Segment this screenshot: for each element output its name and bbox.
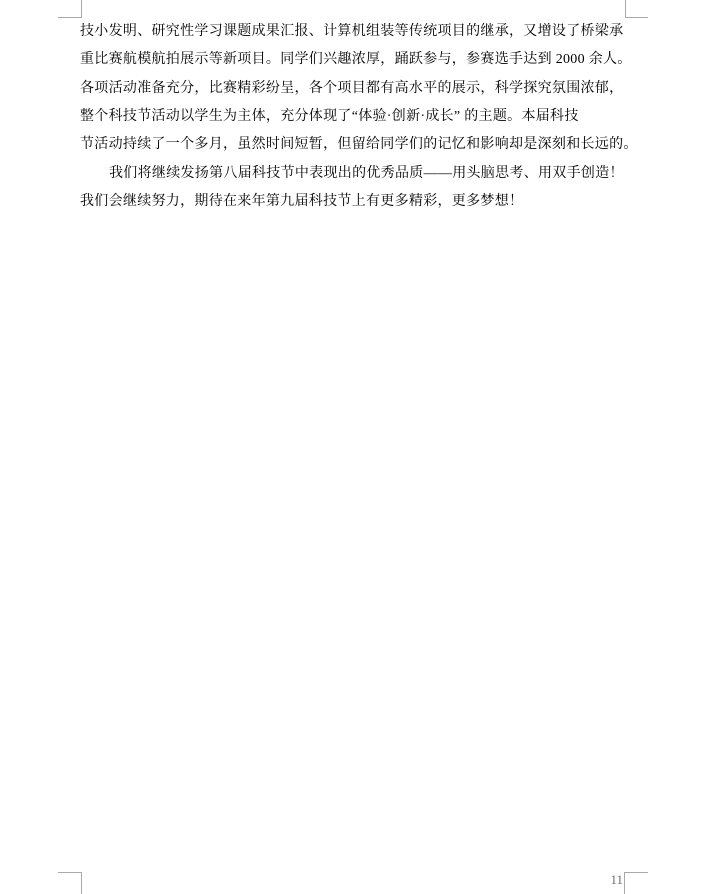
margin-crop-mark-bottom-left [58, 872, 82, 894]
page-number: 11 [609, 873, 623, 887]
text-line: 我们会继续努力，期待在来年第九届科技节上有更多精彩，更多梦想！ [80, 188, 628, 216]
margin-crop-mark-bottom-right [624, 872, 648, 894]
body-text: 技小发明、研究性学习课题成果汇报、计算机组装等传统项目的继承，又增设了桥梁承重比… [80, 18, 628, 216]
margin-crop-mark-top-left [58, 0, 82, 18]
text-line: 技小发明、研究性学习课题成果汇报、计算机组装等传统项目的继承，又增设了桥梁承 [80, 18, 628, 46]
text-line: 重比赛航模航拍展示等新项目。同学们兴趣浓厚，踊跃参与，参赛选手达到 2000 余… [80, 46, 628, 74]
document-page: 技小发明、研究性学习课题成果汇报、计算机组装等传统项目的继承，又增设了桥梁承重比… [0, 0, 704, 894]
text-line: 节活动持续了一个多月，虽然时间短暂，但留给同学们的记忆和影响却是深刻和长远的。 [80, 131, 628, 159]
text-line: 我们将继续发扬第八届科技节中表现出的优秀品质——用头脑思考、用双手创造！ [80, 160, 628, 188]
text-line: 整个科技节活动以学生为主体，充分体现了“体验·创新·成长” 的主题。本届科技 [80, 103, 628, 131]
margin-crop-mark-top-right [625, 0, 648, 18]
text-line: 各项活动准备充分，比赛精彩纷呈，各个项目都有高水平的展示，科学探究氛围浓郁， [80, 75, 628, 103]
